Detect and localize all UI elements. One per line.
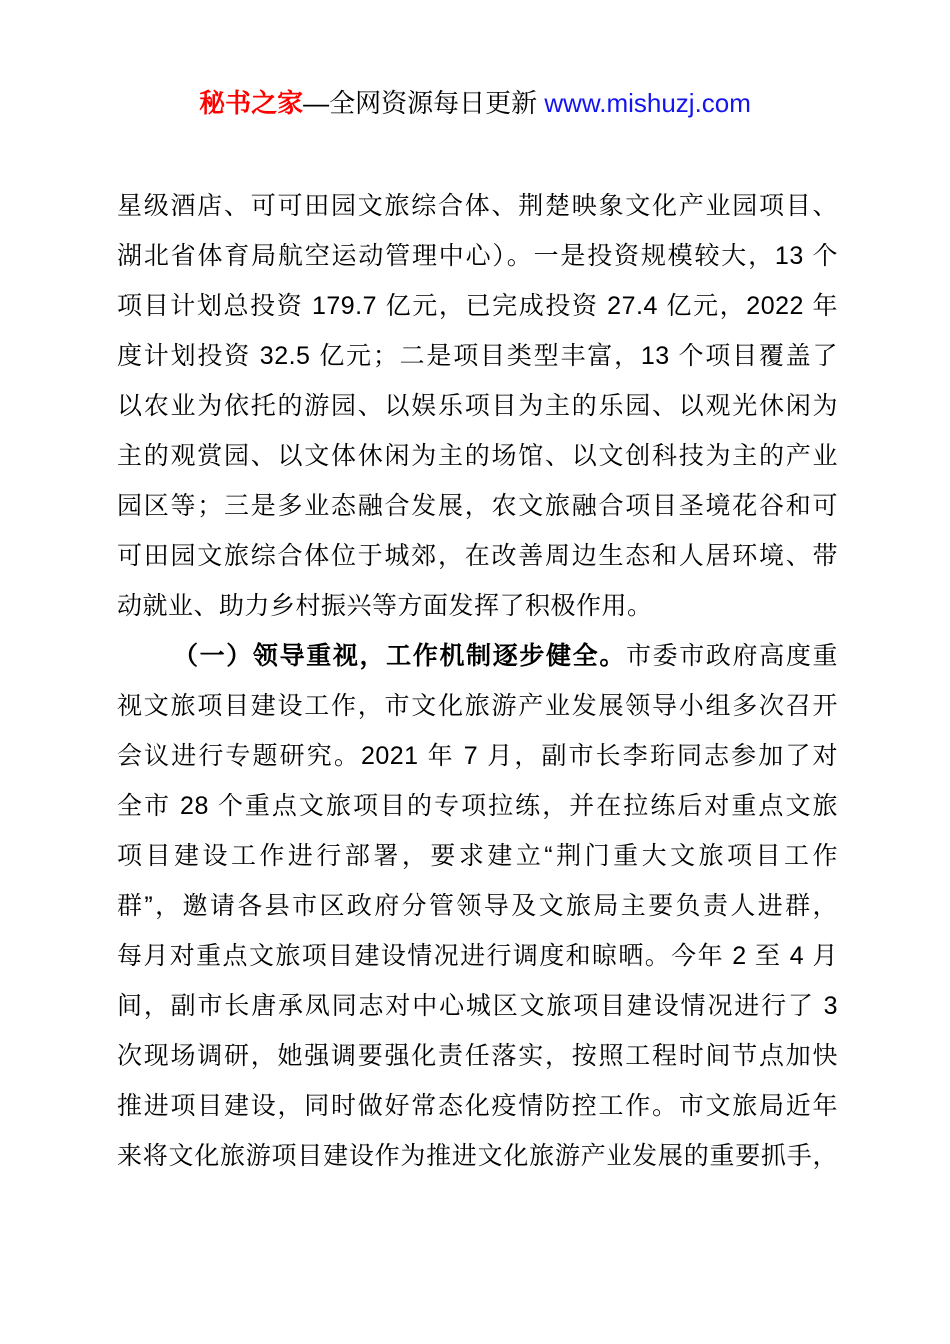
document-line: 间，副市长唐承凤同志对中心城区文旅项目建设情况进行了 3 xyxy=(117,981,838,1031)
document-line: 会议进行专题研究。2021 年 7 月，副市长李珩同志参加了对 xyxy=(117,731,838,781)
text-run: 湖北省体育局航空运动管理中心）。一是投资规模较大，13 个 xyxy=(117,242,838,270)
document-line: 视文旅项目建设工作，市文化旅游产业发展领导小组多次召开 xyxy=(117,681,838,731)
document-line: 湖北省体育局航空运动管理中心）。一是投资规模较大，13 个 xyxy=(117,231,838,281)
text-run: 度计划投资 32.5 亿元；二是项目类型丰富，13 个项目覆盖了 xyxy=(117,342,838,370)
document-line: 园区等；三是多业态融合发展，农文旅融合项目圣境花谷和可 xyxy=(117,481,838,531)
document-line: 星级酒店、可可田园文旅综合体、荆楚映象文化产业园项目、 xyxy=(117,181,838,231)
text-run: 主的观赏园、以文体休闲为主的场馆、以文创科技为主的产业 xyxy=(117,442,838,470)
text-run: 园区等；三是多业态融合发展，农文旅融合项目圣境花谷和可 xyxy=(117,492,838,520)
site-name-text: 秘书之家 xyxy=(199,88,303,118)
section-heading-run: （一）领导重视，工作机制逐步健全。 xyxy=(173,642,626,670)
text-run: 次现场调研，她强调要强化责任落实，按照工程时间节点加快 xyxy=(117,1042,838,1070)
document-line: 度计划投资 32.5 亿元；二是项目类型丰富，13 个项目覆盖了 xyxy=(117,331,838,381)
document-line: 全市 28 个重点文旅项目的专项拉练，并在拉练后对重点文旅 xyxy=(117,781,838,831)
tagline-text: —全网资源每日更新 xyxy=(303,88,544,118)
text-run: 星级酒店、可可田园文旅综合体、荆楚映象文化产业园项目、 xyxy=(117,192,838,220)
document-line: 以农业为依托的游园、以娱乐项目为主的乐园、以观光休闲为 xyxy=(117,381,838,431)
text-run: 视文旅项目建设工作，市文化旅游产业发展领导小组多次召开 xyxy=(117,692,838,720)
text-run: 可田园文旅综合体位于城郊，在改善周边生态和人居环境、带 xyxy=(117,542,838,570)
text-run: 间，副市长唐承凤同志对中心城区文旅项目建设情况进行了 3 xyxy=(117,992,838,1020)
page-header: 秘书之家—全网资源每日更新 www.mishuzj.com xyxy=(0,0,950,118)
text-run: 会议进行专题研究。2021 年 7 月，副市长李珩同志参加了对 xyxy=(117,742,838,770)
text-run: 全市 28 个重点文旅项目的专项拉练，并在拉练后对重点文旅 xyxy=(117,792,838,820)
document-line: 来将文化旅游项目建设作为推进文化旅游产业发展的重要抓手， xyxy=(117,1131,838,1181)
document-line: 每月对重点文旅项目建设情况进行调度和晾晒。今年 2 至 4 月 xyxy=(117,931,838,981)
document-body: 星级酒店、可可田园文旅综合体、荆楚映象文化产业园项目、湖北省体育局航空运动管理中… xyxy=(117,181,838,1181)
document-line: 群”，邀请各县市区政府分管领导及文旅局主要负责人进群， xyxy=(117,881,838,931)
document-line: 项目计划总投资 179.7 亿元，已完成投资 27.4 亿元，2022 年 xyxy=(117,281,838,331)
document-line: 动就业、助力乡村振兴等方面发挥了积极作用。 xyxy=(117,581,838,631)
document-line: 次现场调研，她强调要强化责任落实，按照工程时间节点加快 xyxy=(117,1031,838,1081)
text-run: 市委市政府高度重 xyxy=(626,642,838,670)
text-run: 以农业为依托的游园、以娱乐项目为主的乐园、以观光休闲为 xyxy=(117,392,838,420)
document-page: 秘书之家—全网资源每日更新 www.mishuzj.com 星级酒店、可可田园文… xyxy=(0,0,950,1344)
text-run: 每月对重点文旅项目建设情况进行调度和晾晒。今年 2 至 4 月 xyxy=(117,942,838,970)
text-run: 来将文化旅游项目建设作为推进文化旅游产业发展的重要抓手， xyxy=(117,1142,838,1170)
text-run: 项目计划总投资 179.7 亿元，已完成投资 27.4 亿元，2022 年 xyxy=(117,292,838,320)
text-run: 动就业、助力乡村振兴等方面发挥了积极作用。 xyxy=(117,592,653,620)
document-line: 推进项目建设，同时做好常态化疫情防控工作。市文旅局近年 xyxy=(117,1081,838,1131)
site-url-link[interactable]: www.mishuzj.com xyxy=(544,88,751,118)
text-run: 推进项目建设，同时做好常态化疫情防控工作。市文旅局近年 xyxy=(117,1092,838,1120)
document-line: 可田园文旅综合体位于城郊，在改善周边生态和人居环境、带 xyxy=(117,531,838,581)
document-line: （一）领导重视，工作机制逐步健全。市委市政府高度重 xyxy=(117,631,838,681)
document-line: 主的观赏园、以文体休闲为主的场馆、以文创科技为主的产业 xyxy=(117,431,838,481)
document-line: 项目建设工作进行部署，要求建立“荆门重大文旅项目工作 xyxy=(117,831,838,881)
text-run: 群”，邀请各县市区政府分管领导及文旅局主要负责人进群， xyxy=(117,892,838,920)
text-run: 项目建设工作进行部署，要求建立“荆门重大文旅项目工作 xyxy=(117,842,838,870)
